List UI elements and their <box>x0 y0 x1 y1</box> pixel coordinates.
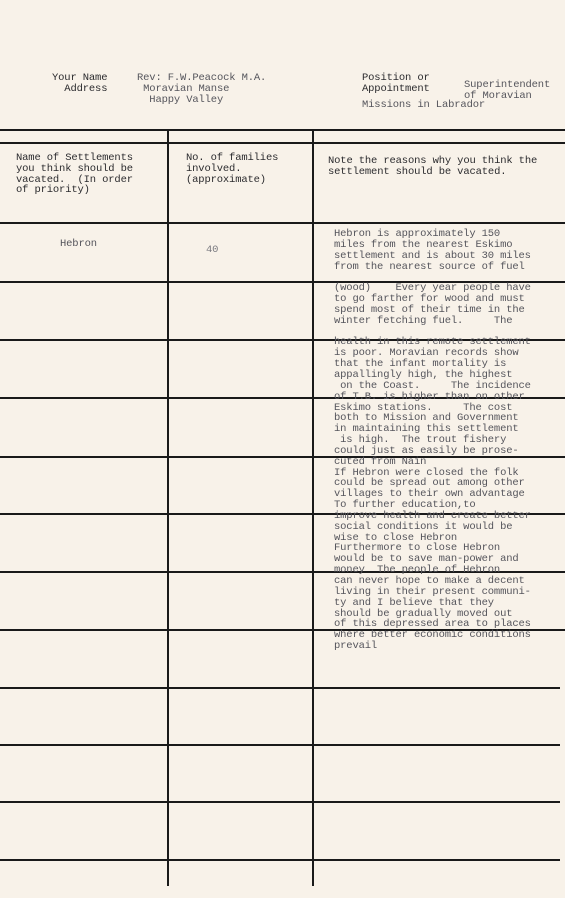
table-rule <box>0 222 565 224</box>
table-rule <box>0 142 565 144</box>
reason-line: cuted from Nain <box>334 457 531 468</box>
reason-line: of T.B. is higher than on other <box>334 392 531 403</box>
table-rule <box>0 859 560 861</box>
reason-line: settlement and is about 30 miles <box>334 251 531 262</box>
column-divider <box>312 129 314 886</box>
families-count: 40 <box>206 245 218 256</box>
name-address-label: Your Name Address <box>52 73 107 95</box>
form-page: Your Name Address Rev: F.W.Peacock M.A. … <box>0 0 565 898</box>
reason-line: social conditions it would be <box>334 522 531 533</box>
table-rule <box>0 744 560 746</box>
column-header-families: No. of families involved. (approximate) <box>186 153 278 185</box>
column-divider <box>167 129 169 886</box>
table-rule <box>0 129 565 131</box>
position-value-continuation: Missions in Labrador <box>362 100 485 111</box>
reasons-text: Hebron is approximately 150miles from th… <box>334 229 531 652</box>
position-label: Position or Appointment <box>362 73 430 95</box>
reason-line: prevail <box>334 641 531 652</box>
reason-line: from the nearest source of fuel <box>334 262 531 273</box>
table-rule <box>0 801 560 803</box>
reason-line: winter fetching fuel. The <box>334 316 531 327</box>
table-rule <box>0 687 560 689</box>
reason-line: ty and I believe that they <box>334 598 531 609</box>
settlement-name: Hebron <box>60 239 97 250</box>
name-address-value: Rev: F.W.Peacock M.A. Moravian Manse Hap… <box>137 73 266 105</box>
column-header-settlements: Name of Settlements you think should be … <box>16 153 133 196</box>
column-header-reasons: Note the reasons why you think the settl… <box>328 156 537 178</box>
